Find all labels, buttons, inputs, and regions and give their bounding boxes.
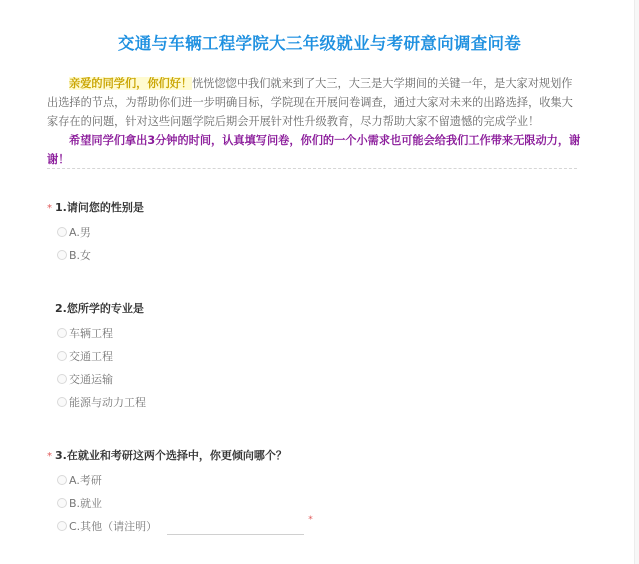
- option-label: B.女: [69, 247, 91, 263]
- option-postgraduate[interactable]: A.考研: [57, 468, 313, 491]
- question-3: *3.在就业和考研这两个选择中，你更倾向哪个？ A.考研 B.就业 C.其他（请…: [47, 448, 313, 537]
- required-mark: *: [47, 449, 52, 465]
- option-label: A.考研: [69, 472, 102, 488]
- intro-divider: [47, 168, 577, 169]
- required-mark: *: [308, 515, 313, 525]
- radio-button[interactable]: [57, 227, 67, 237]
- option-vehicle-engineering[interactable]: 车辆工程: [57, 321, 146, 344]
- question-title: *1.请问您的性别是: [47, 200, 144, 216]
- option-male[interactable]: A.男: [57, 220, 144, 243]
- option-label: 交通工程: [69, 348, 113, 364]
- radio-button[interactable]: [57, 521, 67, 531]
- question-text: 1.请问您的性别是: [55, 201, 144, 214]
- other-specify-input[interactable]: [167, 516, 304, 535]
- option-label: 能源与动力工程: [69, 394, 146, 410]
- question-title: 2.您所学的专业是: [47, 301, 146, 317]
- option-traffic-engineering[interactable]: 交通工程: [57, 344, 146, 367]
- radio-button[interactable]: [57, 351, 67, 361]
- intro-paragraph: 亲爱的同学们，你们好！恍恍惚惚中我们就来到了大三，大三是大学期间的关键一年，是大…: [47, 74, 582, 131]
- option-label: 车辆工程: [69, 325, 113, 341]
- intro-wish: 希望同学们拿出3分钟的时间，认真填写问卷，你们的一个小需求也可能会给我们工作带来…: [47, 131, 582, 169]
- radio-button[interactable]: [57, 475, 67, 485]
- radio-button[interactable]: [57, 250, 67, 260]
- survey-intro: 亲爱的同学们，你们好！恍恍惚惚中我们就来到了大三，大三是大学期间的关键一年，是大…: [47, 74, 582, 169]
- question-title: *3.在就业和考研这两个选择中，你更倾向哪个？: [47, 448, 313, 464]
- question-2: 2.您所学的专业是 车辆工程 交通工程 交通运输 能源与动力工程: [47, 301, 146, 413]
- option-other[interactable]: C.其他（请注明）*: [57, 514, 313, 537]
- option-female[interactable]: B.女: [57, 243, 144, 266]
- intro-greeting: 亲爱的同学们，你们好！: [69, 77, 192, 90]
- survey-title: 交通与车辆工程学院大三年级就业与考研意向调查问卷: [0, 30, 639, 54]
- question-text: 3.在就业和考研这两个选择中，你更倾向哪个？: [55, 449, 287, 462]
- option-transportation[interactable]: 交通运输: [57, 367, 146, 390]
- option-label: C.其他（请注明）: [69, 518, 157, 534]
- option-employment[interactable]: B.就业: [57, 491, 313, 514]
- radio-button[interactable]: [57, 397, 67, 407]
- question-1: *1.请问您的性别是 A.男 B.女: [47, 200, 144, 266]
- radio-button[interactable]: [57, 498, 67, 508]
- scrollbar-track[interactable]: [634, 0, 639, 564]
- option-energy-power-engineering[interactable]: 能源与动力工程: [57, 390, 146, 413]
- option-label: B.就业: [69, 495, 102, 511]
- option-label: A.男: [69, 224, 91, 240]
- radio-button[interactable]: [57, 328, 67, 338]
- radio-button[interactable]: [57, 374, 67, 384]
- required-mark: *: [47, 201, 52, 217]
- question-text: 2.您所学的专业是: [55, 302, 144, 315]
- option-label: 交通运输: [69, 371, 113, 387]
